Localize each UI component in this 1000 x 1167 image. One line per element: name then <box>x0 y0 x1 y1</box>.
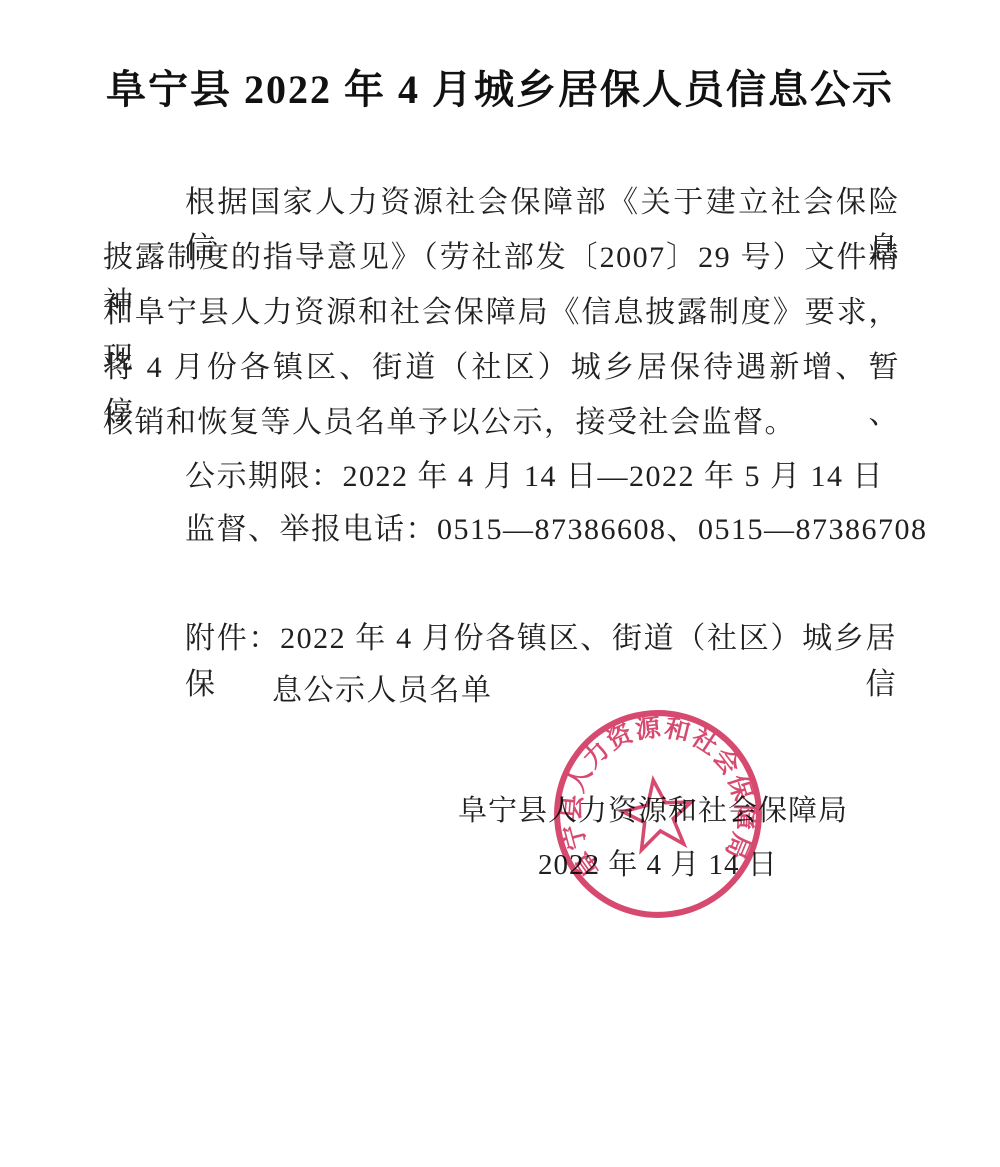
page-title: 阜宁县 2022 年 4 月城乡居保人员信息公示 <box>0 58 1000 115</box>
official-seal: 阜宁县人力资源和社会保障局 <box>547 703 769 925</box>
document-page: 阜宁县 2022 年 4 月城乡居保人员信息公示 根据国家人力资源社会保障部《关… <box>0 0 1000 1167</box>
attachment-line-2: 息公示人员名单 <box>272 668 493 714</box>
notice-period-line: 公示期限：2022 年 4 月 14 日—2022 年 5 月 14 日 <box>185 454 884 500</box>
seal-arc-text: 阜宁县人力资源和社会保障局 <box>547 703 767 889</box>
seal-arc-text-container: 阜宁县人力资源和社会保障局 <box>547 703 767 889</box>
seal-star-icon <box>619 775 697 852</box>
phone-line: 监督、举报电话：0515—87386608、0515—87386708 <box>185 507 928 553</box>
body-line-5: 核销和恢复等人员名单予以公示，接受社会监督。 <box>103 400 796 446</box>
